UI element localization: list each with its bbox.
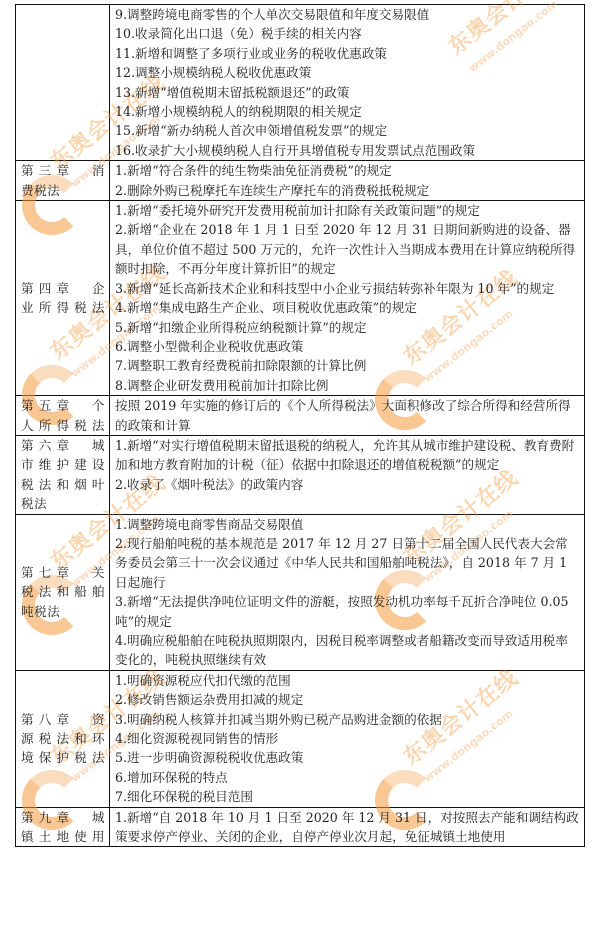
list-item: 7.细化环保税的税目范围 bbox=[115, 787, 580, 806]
table-row: 第六章 城 市维护建设 税法和烟叶 税法 1.新增“对实行增值税期末留抵退税的纳… bbox=[16, 435, 585, 514]
chapter-label: 税法 bbox=[21, 494, 105, 513]
content-cell: 1.明确资源税应代扣代缴的范围 2.修改销售额运杂费用扣减的规定 3.明确纳税人… bbox=[110, 670, 585, 807]
chapter-label: 第九章 城 bbox=[21, 808, 105, 827]
content-cell: 1.新增“委托境外研究开发费用税前加计扣除有关政策问题”的规定 2.新增“企业在… bbox=[110, 201, 585, 396]
chapter-label: 业所得税法 bbox=[21, 298, 105, 317]
list-item: 14.新增小规模纳税人的纳税期限的相关规定 bbox=[115, 102, 580, 121]
list-item: 8.调整企业研发费用税前加计扣除比例 bbox=[115, 376, 580, 395]
list-item: 1.新增“对实行增值税期末留抵退税的纳税人，允许其从城市维护建设税、教育费附加和… bbox=[115, 436, 580, 475]
chapter-label: 市维护建设 bbox=[21, 455, 105, 474]
list-item: 2.现行船舶吨税的基本规范是 2017 年 12 月 27 日第十二届全国人民代… bbox=[115, 534, 580, 592]
chapter-label: 源税法和环 bbox=[21, 729, 105, 748]
content-cell: 1.新增“符合条件的纯生物柴油免征消费税”的规定 2.删除外购已税摩托车连续生产… bbox=[110, 161, 585, 201]
list-item: 9.调整跨境电商零售的个人单次交易限值和年度交易限值 bbox=[115, 5, 580, 24]
list-item: 3.新增“无法提供净吨位证明文件的游艇，按照发动机功率每千瓦折合净吨位 0.05… bbox=[115, 592, 580, 631]
table-row: 9.调整跨境电商零售的个人单次交易限值和年度交易限值 10.收录简化出口退（免）… bbox=[16, 5, 585, 161]
list-item: 2.新增“企业在 2018 年 1 月 1 日至 2020 年 12 月 31 … bbox=[115, 220, 580, 278]
chapter-label: 吨税法 bbox=[21, 602, 105, 621]
list-item: 5.新增“扣缴企业所得税应纳税额计算”的规定 bbox=[115, 318, 580, 337]
chapter-label: 第八章 资 bbox=[21, 710, 105, 729]
tax-law-changes-table: 9.调整跨境电商零售的个人单次交易限值和年度交易限值 10.收录简化出口退（免）… bbox=[15, 4, 585, 847]
table-row: 第九章 城 镇土地使用 1.新增“自 2018 年 10 月 1 日至 2020… bbox=[16, 807, 585, 847]
list-item: 10.收录简化出口退（免）税手续的相关内容 bbox=[115, 24, 580, 43]
table-row: 第三章 消 费税法 1.新增“符合条件的纯生物柴油免征消费税”的规定 2.删除外… bbox=[16, 161, 585, 201]
chapter-label: 境保护税法 bbox=[21, 748, 105, 767]
chapter-cell: 第八章 资 源税法和环 境保护税法 bbox=[16, 670, 110, 807]
chapter-label: 税法和船舶 bbox=[21, 582, 105, 601]
list-item: 1.调整跨境电商零售商品交易限值 bbox=[115, 515, 580, 534]
chapter-cell: 第四章 企 业所得税法 bbox=[16, 201, 110, 396]
list-item: 4.新增“集成电路生产企业、项目税收优惠政策”的规定 bbox=[115, 298, 580, 317]
list-item: 16.收录扩大小规模纳税人自行开具增值税专用发票试点范围政策 bbox=[115, 141, 580, 160]
list-item: 7.调整职工教育经费税前扣除限额的计算比例 bbox=[115, 356, 580, 375]
list-item: 1.新增“委托境外研究开发费用税前加计扣除有关政策问题”的规定 bbox=[115, 201, 580, 220]
list-item: 2.收录了《烟叶税法》的政策内容 bbox=[115, 475, 580, 494]
chapter-cell: 第五章 个 人所得税法 bbox=[16, 396, 110, 436]
table-row: 第七章 关 税法和船舶 吨税法 1.调整跨境电商零售商品交易限值 2.现行船舶吨… bbox=[16, 514, 585, 670]
list-item: 5.进一步明确资源税税收优惠政策 bbox=[115, 748, 580, 767]
content-cell: 1.调整跨境电商零售商品交易限值 2.现行船舶吨税的基本规范是 2017 年 1… bbox=[110, 514, 585, 670]
list-item: 6.调整小型微利企业税收优惠政策 bbox=[115, 337, 580, 356]
list-item: 1.新增“符合条件的纯生物柴油免征消费税”的规定 bbox=[115, 161, 580, 180]
chapter-label: 镇土地使用 bbox=[21, 827, 105, 846]
chapter-label: 费税法 bbox=[21, 181, 105, 200]
list-item: 4.细化资源税视同销售的情形 bbox=[115, 729, 580, 748]
list-item: 15.新增“新办纳税人首次申领增值税发票”的规定 bbox=[115, 121, 580, 140]
list-item: 1.明确资源税应代扣代缴的范围 bbox=[115, 671, 580, 690]
chapter-label: 第六章 城 bbox=[21, 436, 105, 455]
chapter-cell: 第三章 消 费税法 bbox=[16, 161, 110, 201]
chapter-cell: 第六章 城 市维护建设 税法和烟叶 税法 bbox=[16, 435, 110, 514]
table-row: 第八章 资 源税法和环 境保护税法 1.明确资源税应代扣代缴的范围 2.修改销售… bbox=[16, 670, 585, 807]
list-item: 按照 2019 年实施的修订后的《个人所得税法》大面积修改了综合所得和经营所得的… bbox=[115, 396, 580, 435]
content-cell: 1.新增“自 2018 年 10 月 1 日至 2020 年 12 月 31 日… bbox=[110, 807, 585, 847]
list-item: 2.删除外购已税摩托车连续生产摩托车的消费税抵税规定 bbox=[115, 181, 580, 200]
content-cell: 按照 2019 年实施的修订后的《个人所得税法》大面积修改了综合所得和经营所得的… bbox=[110, 396, 585, 436]
content-cell: 1.新增“对实行增值税期末留抵退税的纳税人，允许其从城市维护建设税、教育费附加和… bbox=[110, 435, 585, 514]
chapter-cell: 第七章 关 税法和船舶 吨税法 bbox=[16, 514, 110, 670]
chapter-label: 人所得税法 bbox=[21, 416, 105, 435]
content-cell: 9.调整跨境电商零售的个人单次交易限值和年度交易限值 10.收录简化出口退（免）… bbox=[110, 5, 585, 161]
list-item: 3.明确纳税人核算并扣减当期外购已税产品购进金额的依据 bbox=[115, 710, 580, 729]
list-item: 1.新增“自 2018 年 10 月 1 日至 2020 年 12 月 31 日… bbox=[115, 808, 580, 847]
list-item: 12.调整小规模纳税人税收优惠政策 bbox=[115, 63, 580, 82]
list-item: 13.新增“增值税期末留抵税额退还”的政策 bbox=[115, 83, 580, 102]
list-item: 2.修改销售额运杂费用扣减的规定 bbox=[115, 690, 580, 709]
chapter-label: 第五章 个 bbox=[21, 396, 105, 415]
list-item: 6.增加环保税的特点 bbox=[115, 768, 580, 787]
chapter-label: 第四章 企 bbox=[21, 279, 105, 298]
list-item: 4.明确应税船舶在吨税执照期限内，因税目税率调整或者船籍改变而导致适用税率变化的… bbox=[115, 631, 580, 670]
chapter-label: 第三章 消 bbox=[21, 161, 105, 180]
table-row: 第四章 企 业所得税法 1.新增“委托境外研究开发费用税前加计扣除有关政策问题”… bbox=[16, 201, 585, 396]
chapter-label: 第七章 关 bbox=[21, 563, 105, 582]
table-row: 第五章 个 人所得税法 按照 2019 年实施的修订后的《个人所得税法》大面积修… bbox=[16, 396, 585, 436]
list-item: 3.新增“延长高新技术企业和科技型中小企业亏损结转弥补年限为 10 年”的规定 bbox=[115, 279, 580, 298]
chapter-cell bbox=[16, 5, 110, 161]
list-item: 11.新增和调整了多项行业或业务的税收优惠政策 bbox=[115, 44, 580, 63]
chapter-cell: 第九章 城 镇土地使用 bbox=[16, 807, 110, 847]
chapter-label: 税法和烟叶 bbox=[21, 475, 105, 494]
